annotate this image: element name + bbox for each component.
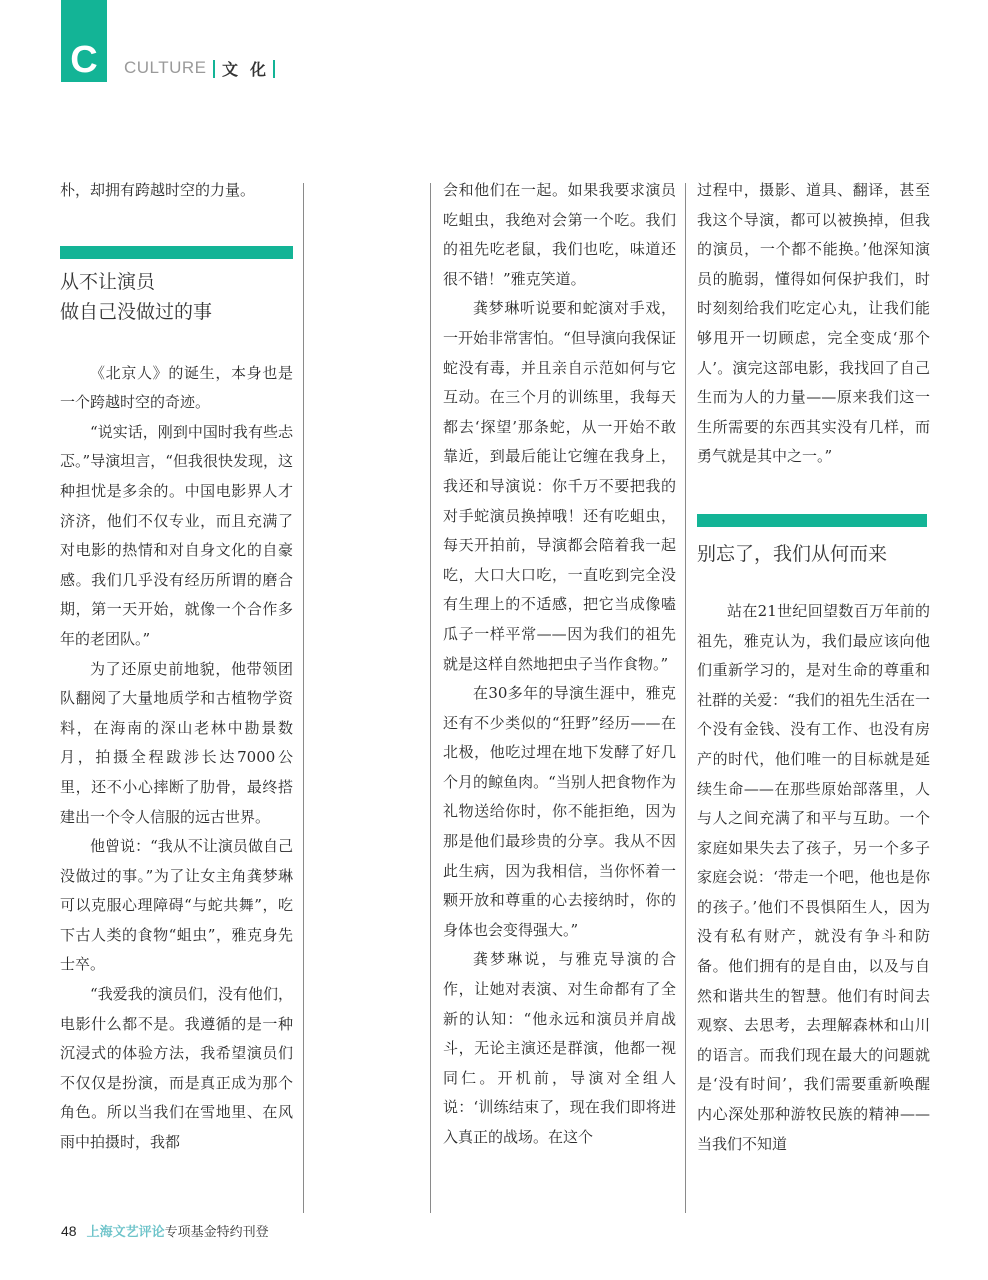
paragraph: 《北京人》的诞生，本身也是一个跨越时空的奇迹。	[60, 359, 293, 418]
section-cn-char-2: 化	[250, 60, 266, 79]
article-column-1: 朴，却拥有跨越时空的力量。 从不让演员 做自己没做过的事 《北京人》的诞生，本身…	[60, 176, 293, 1158]
section-heading-bar	[60, 246, 293, 259]
paragraph: 为了还原史前地貌，他带领团队翻阅了大量地质学和古植物学资料，在海南的深山老林中勘…	[60, 655, 293, 833]
paragraph: 站在21世纪回望数百万年前的祖先，雅克认为，我们最应该向他们重新学习的，是对生命…	[697, 597, 930, 1159]
paragraph: 龚梦琳说，与雅克导演的合作，让她对表演、对生命都有了全新的认知：“他永远和演员并…	[443, 945, 676, 1152]
column-rule	[430, 183, 431, 1213]
footer-brand: 上海文艺评论	[87, 1225, 165, 1240]
section-tab-block: C	[61, 0, 107, 82]
paragraph: “说实话，刚到中国时我有些忐忑。”导演坦言，“但我很快发现，这种担忧是多余的。中…	[60, 418, 293, 655]
section-heading-bar	[697, 514, 927, 527]
paragraph: 在30多年的导演生涯中，雅克还有不少类似的“狂野”经历——在北极，他吃过埋在地下…	[443, 679, 676, 945]
heading-line: 从不让演员	[60, 267, 293, 297]
article-column-2: 会和他们在一起。如果我要求演员吃蛆虫，我绝对会第一个吃。我们的祖先吃老鼠，我们也…	[443, 176, 676, 1153]
column-rule	[303, 183, 304, 1213]
section-cn-char-1: 文	[222, 60, 250, 79]
divider-bar	[273, 60, 275, 78]
section-heading: 别忘了，我们从何而来	[697, 539, 930, 569]
paragraph: 过程中，摄影、道具、翻译，甚至我这个导演，都可以被换掉，但我的演员，一个都不能换…	[697, 176, 930, 472]
section-heading: 从不让演员 做自己没做过的事	[60, 267, 293, 327]
article-column-3: 过程中，摄影、道具、翻译，甚至我这个导演，都可以被换掉，但我的演员，一个都不能换…	[697, 176, 930, 1159]
divider-bar	[213, 60, 215, 78]
paragraph: “我爱我的演员们，没有他们，电影什么都不是。我遵循的是一种沉浸式的体验方法，我希…	[60, 980, 293, 1158]
paragraph: 朴，却拥有跨越时空的力量。	[60, 176, 293, 206]
section-label-cn: 文化	[206, 57, 282, 80]
footer-tagline: 专项基金特约刊登	[165, 1225, 269, 1240]
paragraph: 龚梦琳听说要和蛇演对手戏，一开始非常害怕。“但导演向我保证蛇没有毒，并且亲自示范…	[443, 294, 676, 679]
section-letter: C	[61, 40, 107, 80]
section-label-en: CULTURE	[124, 58, 207, 78]
heading-line: 做自己没做过的事	[60, 297, 293, 327]
paragraph: 他曾说：“我从不让演员做自己没做过的事。”为了让女主角龚梦琳可以克服心理障碍“与…	[60, 832, 293, 980]
paragraph: 会和他们在一起。如果我要求演员吃蛆虫，我绝对会第一个吃。我们的祖先吃老鼠，我们也…	[443, 176, 676, 294]
page-footer: 48上海文艺评论专项基金特约刊登	[61, 1221, 269, 1240]
column-rule	[685, 183, 686, 1213]
page-number: 48	[61, 1223, 77, 1239]
